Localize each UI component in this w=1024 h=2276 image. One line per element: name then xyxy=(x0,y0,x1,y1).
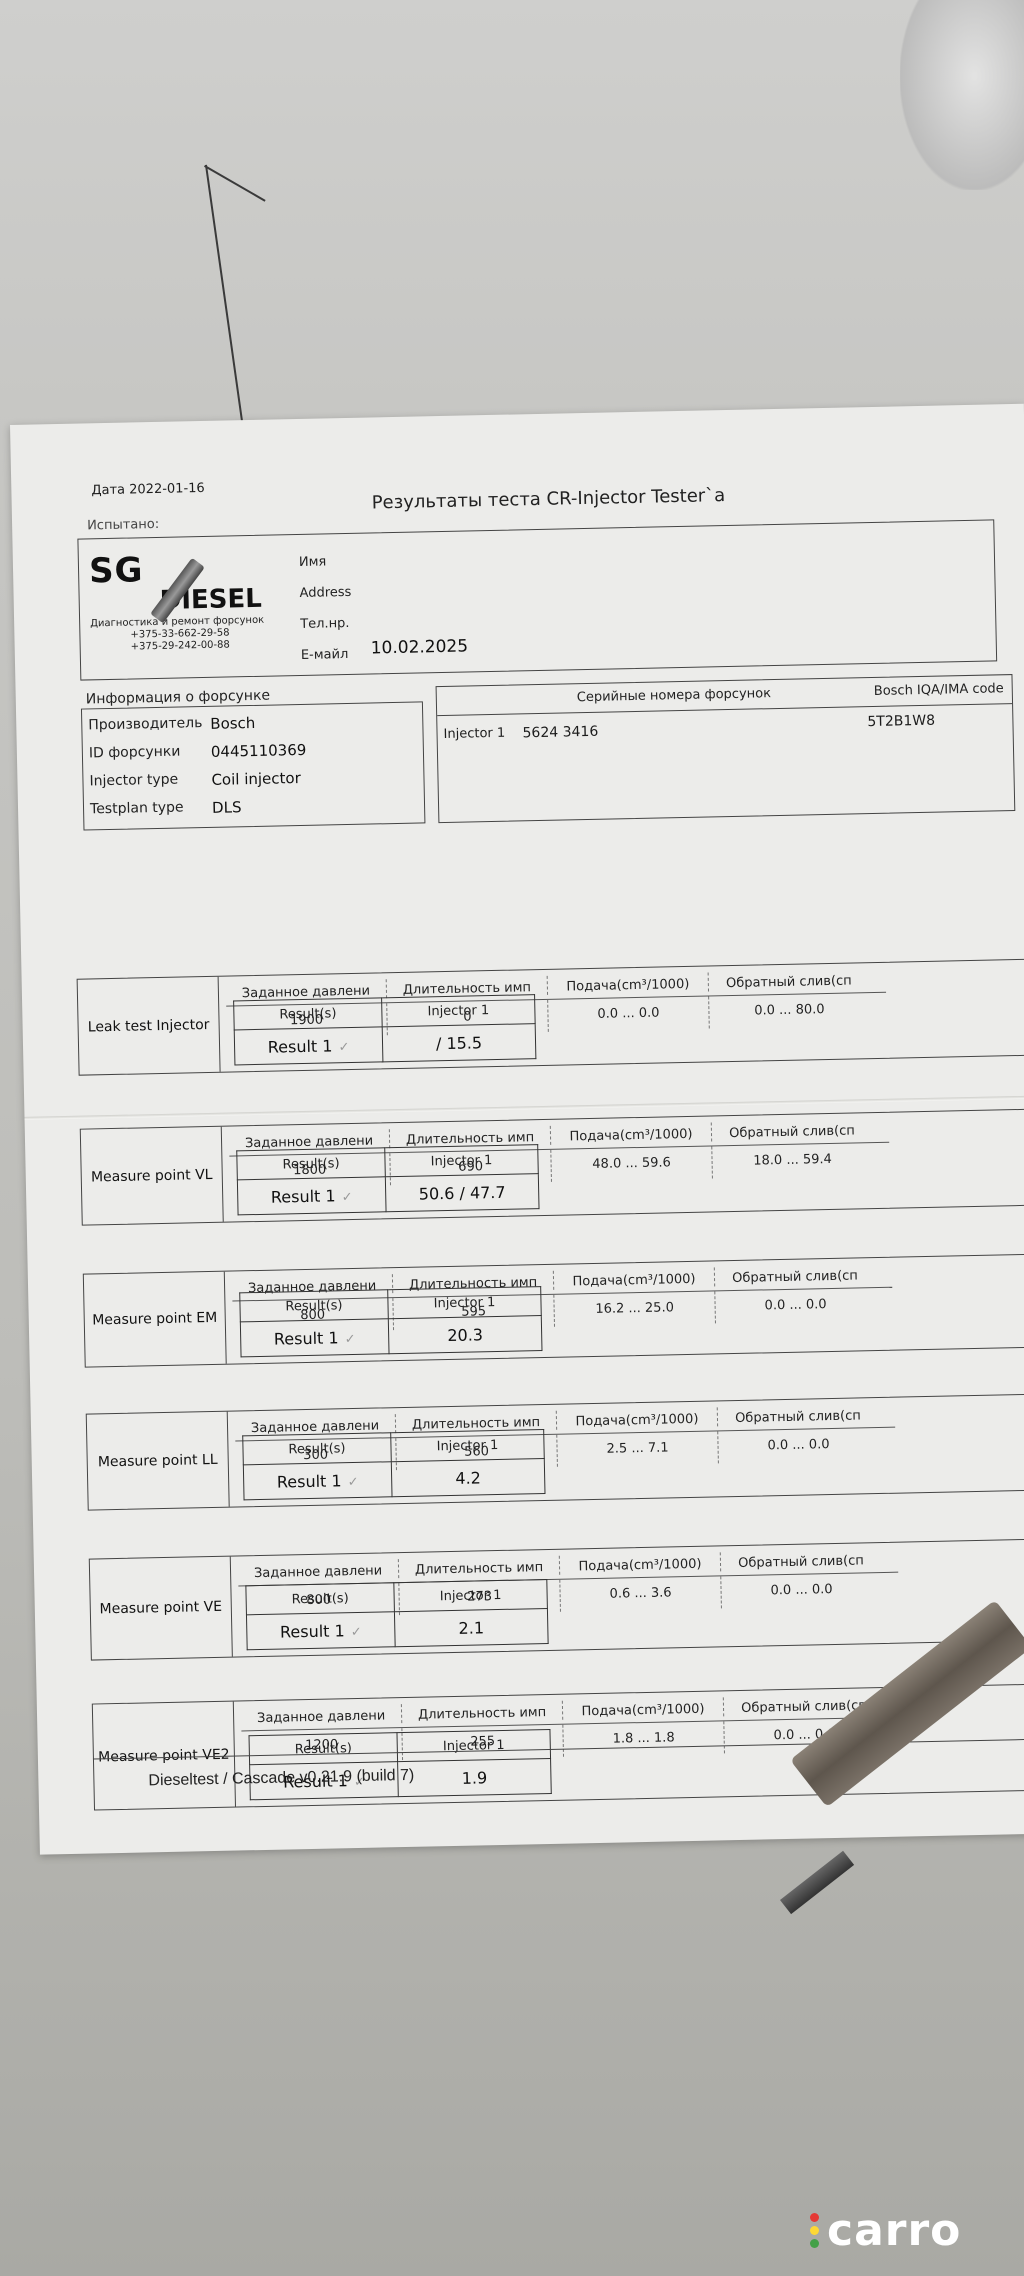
check-icon: ✓ xyxy=(338,1040,349,1055)
param-value: 1.8 ... 1.8 xyxy=(563,1721,725,1756)
testplan-type-label: Testplan type xyxy=(90,799,184,817)
plastic-bag xyxy=(900,0,1024,190)
param-header: Подача(cm³/1000) xyxy=(548,972,709,994)
results-header: Result(s) xyxy=(246,1583,395,1615)
field-address-label: Address xyxy=(299,577,351,609)
report-title: Результаты теста CR-Injector Tester`a xyxy=(371,485,725,513)
param-header: Длительность имп xyxy=(402,1701,563,1723)
results-header: Result(s) xyxy=(249,1733,398,1765)
result-value: 4.2 xyxy=(391,1459,545,1497)
param-header: Обратный слив(cп xyxy=(715,1264,875,1286)
param-header: Подача(cm³/1000) xyxy=(554,1267,715,1289)
test-block: Measure point VL Заданное давлениДлитель… xyxy=(80,1109,1024,1226)
param-value: 0.0 ... 0.0 xyxy=(721,1573,882,1608)
check-icon: ✓ xyxy=(351,1624,362,1639)
param-value: 0.0 ... 0.0 xyxy=(548,996,710,1031)
injector-type-value: Coil injector xyxy=(211,769,301,789)
results-header: Result(s) xyxy=(234,998,383,1030)
results-header: Result(s) xyxy=(240,1290,389,1322)
injector-id-label: ID форсунки xyxy=(89,744,181,762)
param-value: 2.5 ... 7.1 xyxy=(557,1431,719,1466)
injector-header: Injector 1 xyxy=(397,1729,551,1761)
param-header: Длительность имп xyxy=(399,1556,560,1578)
test-name: Leak test Injector xyxy=(78,977,221,1075)
iqa-code: 5T2B1W8 xyxy=(867,713,935,730)
result-table: Result(s)Injector 1 Result 1✓2.1 xyxy=(245,1579,548,1650)
field-email-label: Е-майл xyxy=(301,639,353,671)
result-table: Result(s)Injector 1 Result 1✓4.2 xyxy=(242,1429,545,1500)
test-name: Measure point VE xyxy=(90,1557,233,1660)
handwritten-date: 10.02.2025 xyxy=(371,636,469,658)
serial-injector-label: Injector 1 xyxy=(443,726,505,742)
result-label: Result 1✓ xyxy=(234,1027,383,1065)
results-header: Result(s) xyxy=(243,1433,392,1465)
field-name-label: Имя xyxy=(299,546,351,578)
result-value: / 15.5 xyxy=(382,1024,536,1062)
result-value: 1.9 xyxy=(398,1758,552,1796)
testplan-type-value: DLS xyxy=(212,798,242,817)
test-block: Measure point LL Заданное давлениДлитель… xyxy=(86,1394,1024,1511)
param-header: Подача(cm³/1000) xyxy=(560,1552,721,1574)
injector-header: Injector 1 xyxy=(385,1145,539,1177)
carro-watermark: carro xyxy=(810,2205,961,2256)
test-report-sheet: Дата 2022-01-16 Результаты теста CR-Inje… xyxy=(10,404,1024,1855)
watermark-text: carro xyxy=(827,2205,961,2256)
serials-header: Серийные номера форсунок xyxy=(577,686,771,705)
param-value: 0.0 ... 0.0 xyxy=(718,1428,879,1463)
report-date: Дата 2022-01-16 xyxy=(91,481,205,498)
injector-id-value: 0445110369 xyxy=(211,741,307,761)
results-header: Result(s) xyxy=(237,1148,386,1180)
manufacturer-value: Bosch xyxy=(210,714,255,733)
result-value: 2.1 xyxy=(394,1609,548,1647)
serials-box: Серийные номера форсунок Bosch IQA/IMA c… xyxy=(436,674,1016,823)
result-label: Result 1✓ xyxy=(237,1177,386,1215)
test-name: Measure point EM xyxy=(84,1272,227,1367)
test-block: Measure point VE Заданное давлениДлитель… xyxy=(89,1539,1024,1661)
yellow-dot xyxy=(810,2226,819,2235)
check-icon: ✓ xyxy=(347,1474,358,1489)
tested-label: Испытано: xyxy=(87,517,159,534)
client-fields: Имя Address Тел.нр. Е-майл xyxy=(299,546,353,671)
serial-number: 5624 3416 xyxy=(522,724,598,742)
param-header: Обратный слив(cп xyxy=(712,1119,872,1141)
param-header: Подача(cm³/1000) xyxy=(551,1122,712,1144)
param-header: Подача(cm³/1000) xyxy=(563,1697,724,1719)
check-icon: ✓ xyxy=(341,1189,352,1204)
test-block: Leak test Injector Заданное давлениДлите… xyxy=(77,959,1024,1076)
iqa-code-header: Bosch IQA/IMA code xyxy=(874,681,1004,699)
injector-header: Injector 1 xyxy=(391,1430,545,1462)
param-value: 0.0 ... 0.0 xyxy=(715,1288,876,1323)
result-table: Result(s)Injector 1 Result 1✓20.3 xyxy=(239,1286,542,1357)
param-value: 48.0 ... 59.6 xyxy=(551,1146,713,1181)
green-dot xyxy=(810,2239,819,2248)
param-value: 16.2 ... 25.0 xyxy=(554,1291,716,1326)
injector-header: Injector 1 xyxy=(388,1287,542,1319)
date-label: Дата xyxy=(91,483,125,499)
result-value: 20.3 xyxy=(388,1316,542,1354)
param-header: Заданное давлени xyxy=(238,1559,399,1581)
param-header: Обратный слив(cп xyxy=(721,1549,881,1571)
param-value: 0.0 ... 80.0 xyxy=(709,993,870,1028)
floor-crack xyxy=(204,165,266,202)
param-header: Заданное давлени xyxy=(241,1704,402,1726)
red-dot xyxy=(810,2213,819,2222)
company-logo: SG DIESEL Диагностика и ремонт форсунок … xyxy=(89,547,291,654)
date-value: 2022-01-16 xyxy=(129,481,205,498)
result-value: 50.6 / 47.7 xyxy=(385,1174,539,1212)
result-label: Result 1✓ xyxy=(243,1462,392,1500)
company-phone: +375-29-242-00-88 xyxy=(131,638,291,653)
injector-info-box: Производитель Bosch ID форсунки 04451103… xyxy=(81,701,425,830)
injector-nozzle xyxy=(780,1851,854,1914)
test-block: Measure point EM Заданное давлениДлитель… xyxy=(83,1254,1024,1368)
test-name: Measure point VL xyxy=(81,1127,224,1225)
param-header: Обратный слив(cп xyxy=(709,969,869,991)
client-box: SG DIESEL Диагностика и ремонт форсунок … xyxy=(77,519,997,680)
result-table: Result(s)Injector 1 Result 1✓50.6 / 47.7 xyxy=(236,1144,539,1215)
result-table: Result(s)Injector 1 Result 1✓1.9 xyxy=(248,1729,551,1800)
injector-type-label: Injector type xyxy=(89,772,178,790)
param-value: 0.6 ... 3.6 xyxy=(560,1576,722,1611)
test-results: Leak test Injector Заданное давлениДлите… xyxy=(10,404,1024,425)
field-phone-label: Тел.нр. xyxy=(300,608,352,640)
injector-header: Injector 1 xyxy=(394,1580,548,1612)
manufacturer-label: Производитель xyxy=(88,715,202,733)
param-header: Подача(cm³/1000) xyxy=(557,1407,718,1429)
result-label: Result 1✓ xyxy=(240,1319,389,1357)
param-header: Обратный слив(cп xyxy=(718,1404,878,1426)
check-icon: ✓ xyxy=(344,1331,355,1346)
test-name: Measure point LL xyxy=(87,1412,230,1510)
result-table: Result(s)Injector 1 Result 1✓/ 15.5 xyxy=(233,994,536,1065)
param-value: 18.0 ... 59.4 xyxy=(712,1143,873,1178)
traffic-light-icon xyxy=(810,2213,819,2248)
injector-header: Injector 1 xyxy=(382,995,536,1027)
result-label: Result 1✓ xyxy=(246,1612,395,1650)
floor-crack xyxy=(205,165,245,438)
